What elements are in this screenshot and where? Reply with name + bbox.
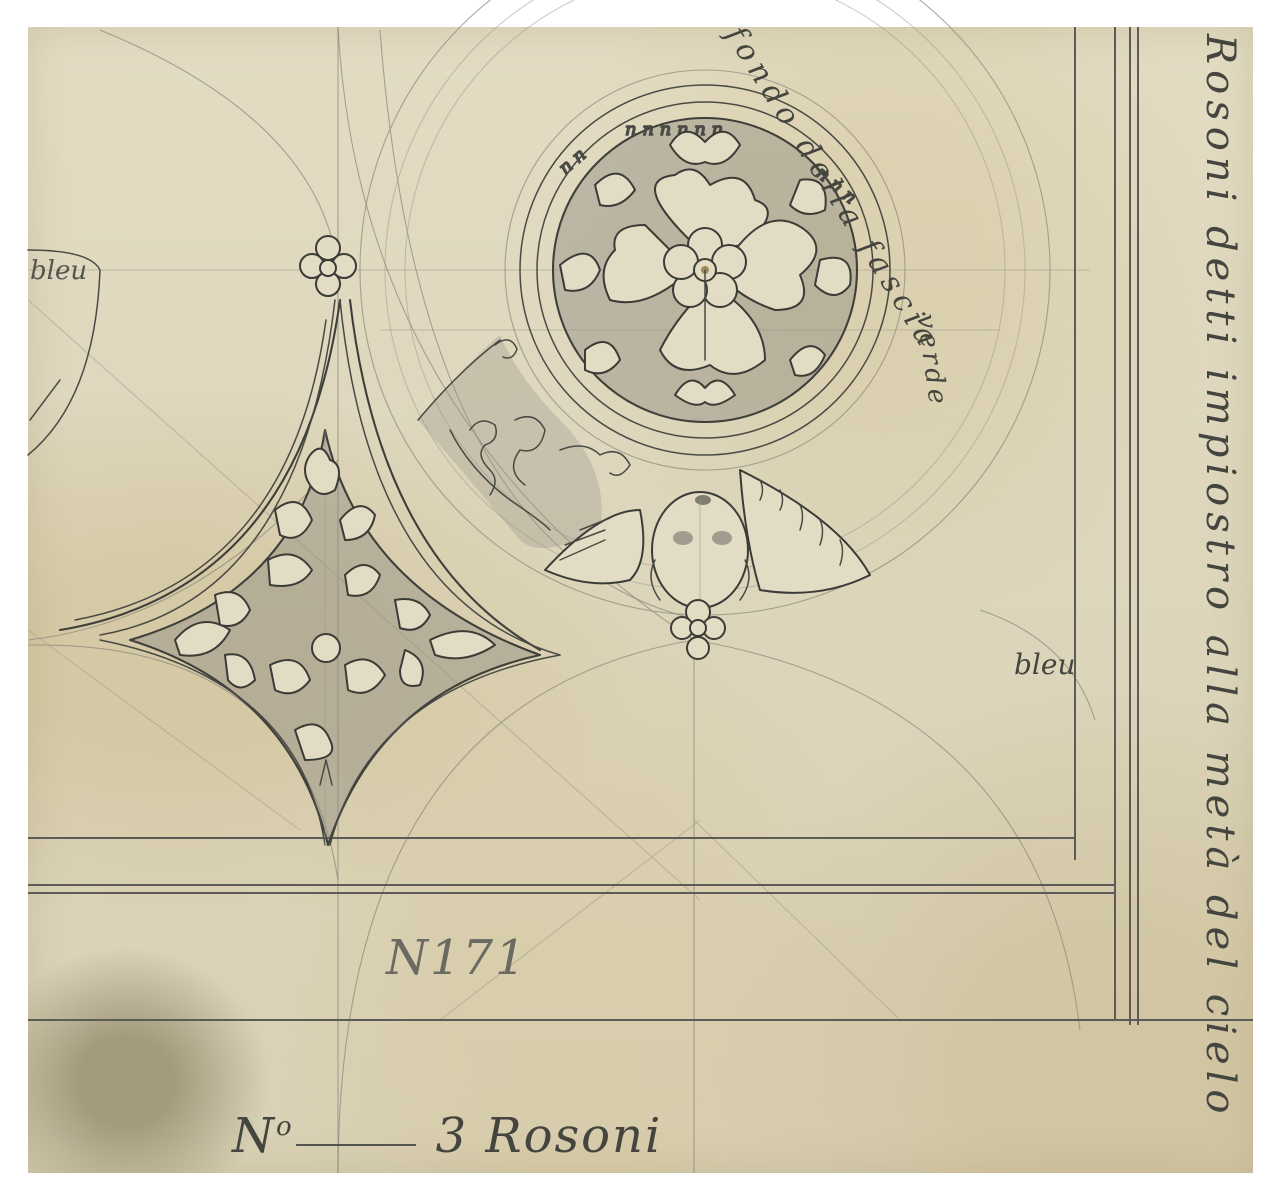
right-margin-note: Rosoni detti impiostro alla metà del cie…: [1197, 34, 1243, 1120]
number-prefix: N: [232, 1108, 276, 1164]
svg-text:n n: n n: [555, 144, 591, 179]
svg-text:n n n n n n: n n n n n n: [625, 119, 723, 140]
rosette-medallion: n n n n n n n n n n n: [505, 70, 905, 470]
construction-lines: [28, 27, 1090, 1173]
sheet-title-label: No3 Rosoni: [232, 1108, 662, 1164]
color-note-left: bleu: [30, 256, 87, 286]
number-ordinal: o: [276, 1112, 294, 1142]
blank-underline: [296, 1144, 416, 1146]
title-text: 3 Rosoni: [436, 1108, 663, 1164]
catalog-number: N171: [386, 930, 528, 986]
color-note-right: bleu: [1014, 648, 1075, 681]
pencil-drawing: n n n n n n n n n n n: [0, 0, 1280, 1200]
arch-curves: [28, 0, 1095, 1173]
flower-finial: [300, 236, 356, 296]
